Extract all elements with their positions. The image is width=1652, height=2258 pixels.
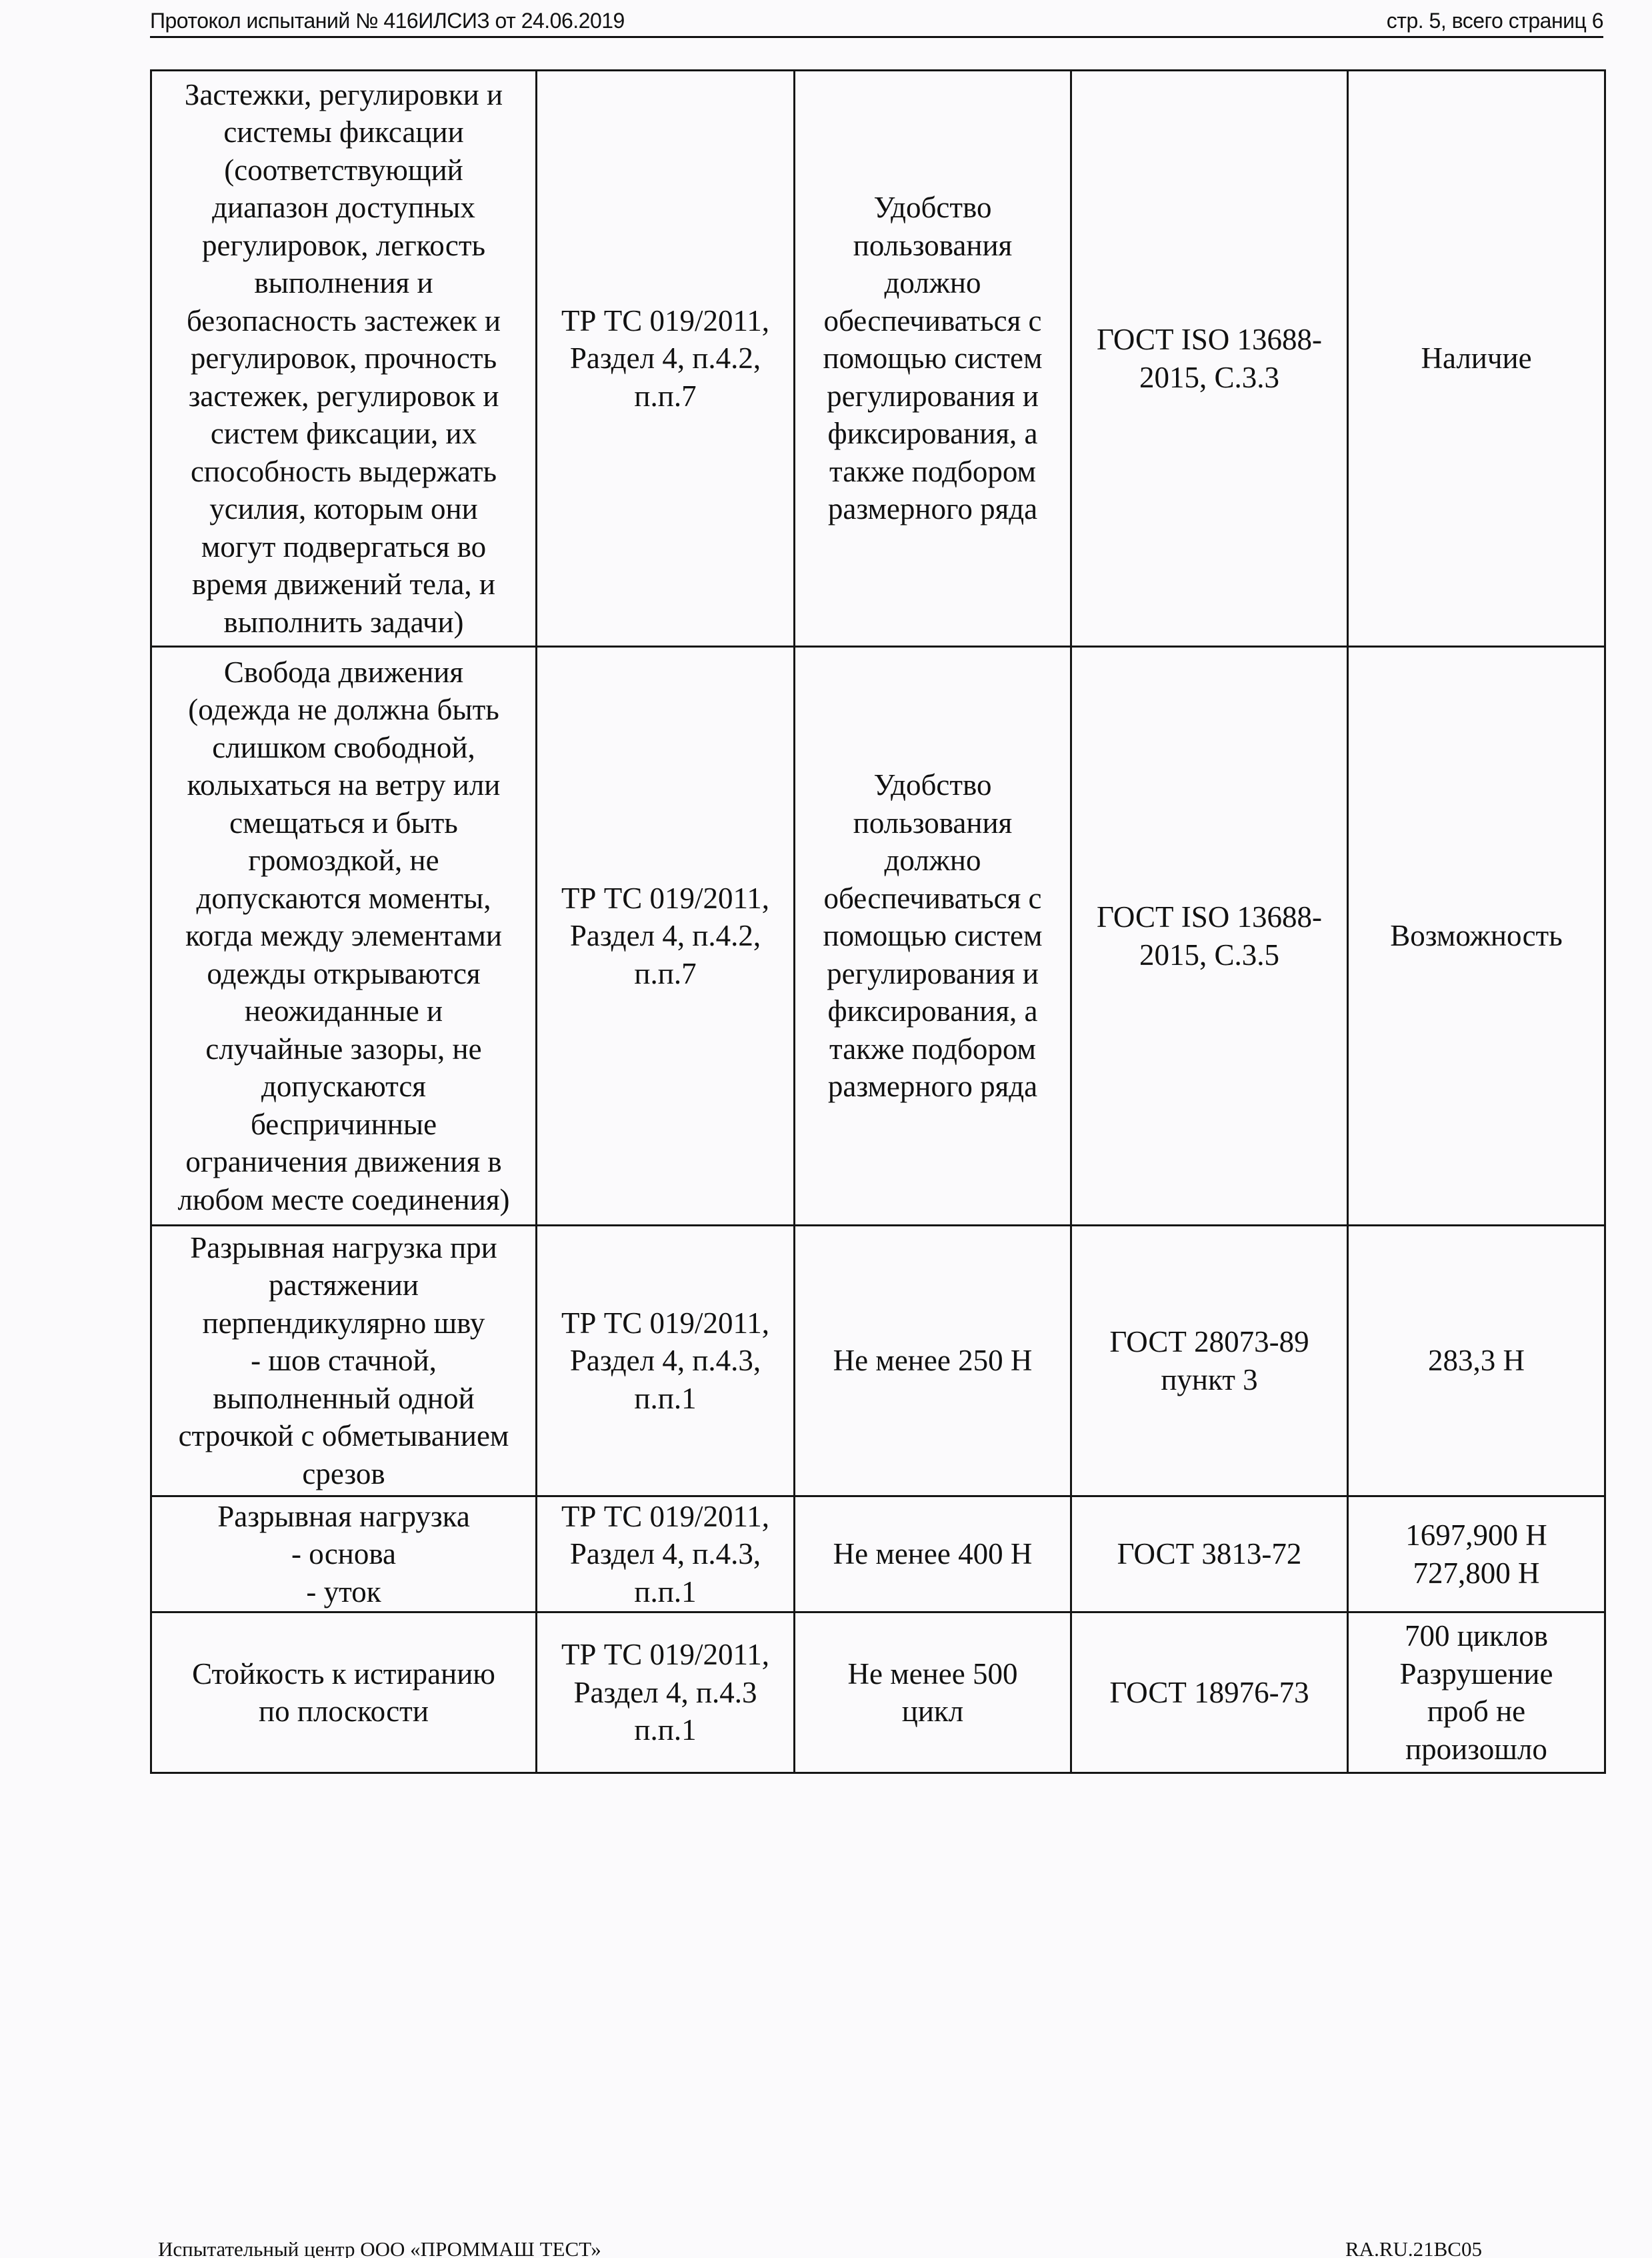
characteristic-cell: Стойкость к истираниюпо плоскости: [151, 1612, 537, 1773]
characteristic-cell: Разрывная нагрузка- основа- уток: [151, 1496, 537, 1612]
cell-line: ГОСТ 28073-89: [1075, 1323, 1344, 1361]
cell-line: (одежда не должна быть: [153, 691, 534, 729]
cell-line: Разрывная нагрузка при: [153, 1229, 534, 1267]
cell-line: ГОСТ ISO 13688-: [1075, 898, 1344, 936]
cell-line: Возможность: [1351, 917, 1601, 955]
regulation-cell: ТР ТС 019/2011,Раздел 4, п.4.2,п.п.7: [537, 647, 795, 1226]
method-cell: ГОСТ 3813-72: [1071, 1496, 1348, 1612]
cell-line: ТР ТС 019/2011,: [540, 302, 791, 340]
cell-line: должно: [798, 264, 1067, 302]
footer-organization: Испытательный центр ООО «ПРОММАШ ТЕСТ»: [158, 2237, 601, 2258]
table-row: Стойкость к истираниюпо плоскостиТР ТС 0…: [151, 1612, 1605, 1773]
cell-line: 283,3 Н: [1351, 1342, 1601, 1380]
cell-line: Не менее 500: [798, 1655, 1067, 1693]
cell-line: произошло: [1351, 1731, 1601, 1769]
cell-line: беспричинные: [153, 1106, 534, 1144]
cell-line: также подбором: [798, 1030, 1067, 1068]
cell-line: фиксирования, а: [798, 992, 1067, 1030]
cell-line: пользования: [798, 804, 1067, 842]
cell-line: - основа: [153, 1535, 534, 1573]
cell-line: случайные зазоры, не: [153, 1030, 534, 1068]
requirement-cell: Не менее 250 Н: [795, 1226, 1071, 1496]
cell-line: выполненный одной: [153, 1380, 534, 1418]
cell-line: регулировок, прочность: [153, 339, 534, 377]
cell-line: диапазон доступных: [153, 189, 534, 227]
cell-line: регулирования и: [798, 377, 1067, 415]
cell-line: п.п.1: [540, 1380, 791, 1418]
requirement-cell: Не менее 500цикл: [795, 1612, 1071, 1773]
cell-line: смещаться и быть: [153, 804, 534, 842]
cell-line: п.п.7: [540, 377, 791, 415]
cell-line: могут подвергаться во: [153, 528, 534, 566]
cell-line: ГОСТ 18976-73: [1075, 1674, 1344, 1712]
cell-line: помощью систем: [798, 917, 1067, 955]
cell-line: безопасность застежек и: [153, 302, 534, 340]
regulation-cell: ТР ТС 019/2011,Раздел 4, п.4.3п.п.1: [537, 1612, 795, 1773]
cell-line: 700 циклов: [1351, 1617, 1601, 1655]
cell-line: Раздел 4, п.4.2,: [540, 339, 791, 377]
cell-line: цикл: [798, 1692, 1067, 1731]
cell-line: когда между элементами: [153, 917, 534, 955]
cell-line: по плоскости: [153, 1692, 534, 1731]
cell-line: Свобода движения: [153, 654, 534, 692]
cell-line: Раздел 4, п.4.3: [540, 1674, 791, 1712]
cell-line: размерного ряда: [798, 1068, 1067, 1106]
cell-line: Наличие: [1351, 339, 1601, 377]
table-row: Разрывная нагрузка прирастяженииперпенди…: [151, 1226, 1605, 1496]
page-number: стр. 5, всего страниц 6: [1387, 9, 1603, 33]
cell-line: застежек, регулировок и: [153, 377, 534, 415]
method-cell: ГОСТ ISO 13688-2015, С.3.3: [1071, 71, 1348, 647]
cell-line: Разрушение: [1351, 1655, 1601, 1693]
method-cell: ГОСТ 28073-89пункт 3: [1071, 1226, 1348, 1496]
cell-line: помощью систем: [798, 339, 1067, 377]
cell-line: время движений тела, и: [153, 566, 534, 604]
cell-line: ТР ТС 019/2011,: [540, 1636, 791, 1674]
cell-line: Раздел 4, п.4.3,: [540, 1535, 791, 1573]
cell-line: регулирования и: [798, 955, 1067, 993]
cell-line: 727,800 Н: [1351, 1554, 1601, 1592]
cell-line: ГОСТ 3813-72: [1075, 1535, 1344, 1573]
test-results-table: Застежки, регулировки исистемы фиксации(…: [150, 69, 1606, 1774]
page-header: Протокол испытаний № 416ИЛСИЗ от 24.06.2…: [150, 7, 1603, 38]
cell-line: 2015, С.3.5: [1075, 936, 1344, 974]
cell-line: перпендикулярно шву: [153, 1304, 534, 1342]
cell-line: выполнения и: [153, 264, 534, 302]
result-cell: 1697,900 Н727,800 Н: [1348, 1496, 1605, 1612]
result-cell: Наличие: [1348, 71, 1605, 647]
cell-line: выполнить задачи): [153, 604, 534, 642]
cell-line: Удобство: [798, 766, 1067, 804]
regulation-cell: ТР ТС 019/2011,Раздел 4, п.4.3,п.п.1: [537, 1226, 795, 1496]
result-cell: Возможность: [1348, 647, 1605, 1226]
protocol-title: Протокол испытаний № 416ИЛСИЗ от 24.06.2…: [150, 9, 625, 33]
method-cell: ГОСТ ISO 13688-2015, С.3.5: [1071, 647, 1348, 1226]
cell-line: размерного ряда: [798, 490, 1067, 528]
cell-line: Не менее 400 Н: [798, 1535, 1067, 1573]
result-cell: 700 цикловРазрушениепроб непроизошло: [1348, 1612, 1605, 1773]
cell-line: п.п.7: [540, 955, 791, 993]
cell-line: пользования: [798, 227, 1067, 265]
cell-line: ТР ТС 019/2011,: [540, 880, 791, 918]
table-row: Свобода движения(одежда не должна бытьсл…: [151, 647, 1605, 1226]
cell-line: ограничения движения в: [153, 1143, 534, 1181]
cell-line: допускаются: [153, 1068, 534, 1106]
cell-line: фиксирования, а: [798, 415, 1067, 453]
table-row: Разрывная нагрузка- основа- утокТР ТС 01…: [151, 1496, 1605, 1612]
cell-line: обеспечиваться с: [798, 880, 1067, 918]
requirement-cell: Не менее 400 Н: [795, 1496, 1071, 1612]
cell-line: громоздкой, не: [153, 842, 534, 880]
regulation-cell: ТР ТС 019/2011,Раздел 4, п.4.2,п.п.7: [537, 71, 795, 647]
cell-line: усилия, которым они: [153, 490, 534, 528]
cell-line: допускаются моменты,: [153, 880, 534, 918]
cell-line: - шов стачной,: [153, 1342, 534, 1380]
cell-line: растяжении: [153, 1266, 534, 1304]
cell-line: Удобство: [798, 189, 1067, 227]
cell-line: п.п.1: [540, 1573, 791, 1611]
cell-line: 1697,900 Н: [1351, 1516, 1601, 1554]
cell-line: систем фиксации, их: [153, 415, 534, 453]
cell-line: способность выдержать: [153, 453, 534, 491]
cell-line: пункт 3: [1075, 1361, 1344, 1399]
cell-line: обеспечиваться с: [798, 302, 1067, 340]
cell-line: (соответствующий: [153, 151, 534, 189]
characteristic-cell: Свобода движения(одежда не должна бытьсл…: [151, 647, 537, 1226]
cell-line: также подбором: [798, 453, 1067, 491]
cell-line: - уток: [153, 1573, 534, 1611]
cell-line: Застежки, регулировки и: [153, 76, 534, 114]
cell-line: п.п.1: [540, 1711, 791, 1749]
cell-line: одежды открываются: [153, 955, 534, 993]
cell-line: должно: [798, 842, 1067, 880]
cell-line: колыхаться на ветру или: [153, 766, 534, 804]
table-row: Застежки, регулировки исистемы фиксации(…: [151, 71, 1605, 647]
cell-line: Стойкость к истиранию: [153, 1655, 534, 1693]
cell-line: Раздел 4, п.4.2,: [540, 917, 791, 955]
cell-line: Не менее 250 Н: [798, 1342, 1067, 1380]
footer-accreditation: RA.RU.21ВС05: [1345, 2237, 1482, 2258]
cell-line: 2015, С.3.3: [1075, 359, 1344, 397]
cell-line: Раздел 4, п.4.3,: [540, 1342, 791, 1380]
cell-line: ТР ТС 019/2011,: [540, 1498, 791, 1536]
cell-line: регулировок, легкость: [153, 227, 534, 265]
cell-line: Разрывная нагрузка: [153, 1498, 534, 1536]
cell-line: системы фиксации: [153, 113, 534, 151]
result-cell: 283,3 Н: [1348, 1226, 1605, 1496]
cell-line: неожиданные и: [153, 992, 534, 1030]
characteristic-cell: Застежки, регулировки исистемы фиксации(…: [151, 71, 537, 647]
method-cell: ГОСТ 18976-73: [1071, 1612, 1348, 1773]
cell-line: ТР ТС 019/2011,: [540, 1304, 791, 1342]
regulation-cell: ТР ТС 019/2011,Раздел 4, п.4.3,п.п.1: [537, 1496, 795, 1612]
cell-line: любом месте соединения): [153, 1181, 534, 1219]
characteristic-cell: Разрывная нагрузка прирастяженииперпенди…: [151, 1226, 537, 1496]
cell-line: срезов: [153, 1455, 534, 1493]
requirement-cell: Удобствопользованиядолжнообеспечиваться …: [795, 71, 1071, 647]
requirement-cell: Удобствопользованиядолжнообеспечиваться …: [795, 647, 1071, 1226]
cell-line: слишком свободной,: [153, 729, 534, 767]
cell-line: ГОСТ ISO 13688-: [1075, 321, 1344, 359]
cell-line: строчкой с обметыванием: [153, 1417, 534, 1455]
cell-line: проб не: [1351, 1692, 1601, 1731]
